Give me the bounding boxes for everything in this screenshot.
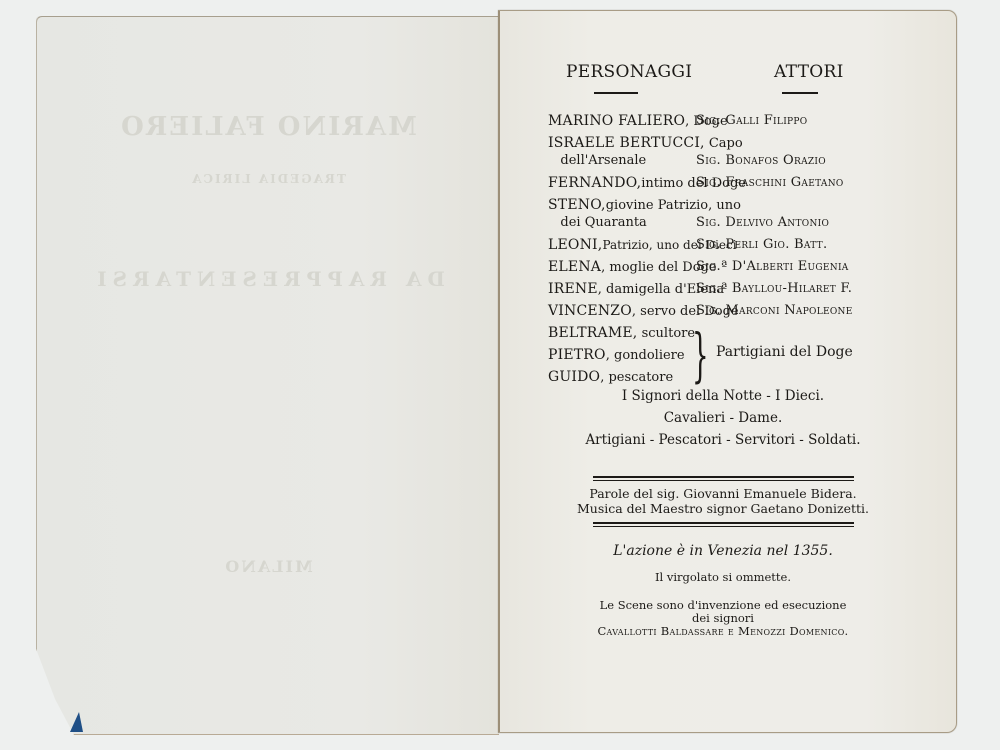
scenery-line-2: dei signori <box>548 611 898 625</box>
partisan-role: GUIDO, pescatore <box>548 366 673 389</box>
bleed-through-line: MILANO <box>37 557 499 576</box>
role-desc: Capo <box>709 136 743 151</box>
partisan-role: BELTRAME, scultore <box>548 322 695 345</box>
role-name: VINCENZO <box>548 303 632 319</box>
binding-tab <box>70 712 83 732</box>
scenery-line-1: Le Scene sono d'invenzione ed esecuzione <box>548 598 898 612</box>
curly-brace-icon: } <box>692 326 709 384</box>
actor: Sig. Galli Filippo <box>696 110 807 132</box>
role-name: FERNANDO, <box>548 175 641 191</box>
bleed-through-line: DA RAPPRESENTARSI <box>37 267 499 291</box>
cast-list: MARINO FALIERO, Doge Sig. Galli Filippo … <box>548 110 898 388</box>
role-name: GUIDO <box>548 369 600 385</box>
actor: Sig.ª D'Alberti Eugenia <box>696 256 849 278</box>
actor: Sig. Fraschini Gaetano <box>696 172 844 194</box>
partisan-role: PIETRO, gondoliere <box>548 344 685 367</box>
header-attori: ATTORI <box>774 62 844 82</box>
cast-row: ISRAELE BERTUCCI, Capo dell'Arsenale Sig… <box>548 132 898 172</box>
role-desc-line2: dei Quaranta <box>560 215 646 230</box>
bleed-through-line: TRAGEDIA LIRICA <box>37 172 499 186</box>
cast-row: FERNANDO,intimo del Doge Sig. Fraschini … <box>548 172 898 194</box>
role-name: ISRAELE BERTUCCI, <box>548 135 705 151</box>
bleed-through-title: MARINO FALIERO <box>37 112 499 142</box>
cast-row: ELENA, moglie del Doge Sig.ª D'Alberti E… <box>548 256 898 278</box>
actor: Sig. Bonafos Orazio <box>696 150 826 172</box>
header-rule-right <box>782 92 818 94</box>
separator-rule <box>593 476 854 481</box>
cast-row: STENO,giovine Patrizio, uno dei Quaranta… <box>548 194 898 234</box>
partisans-group: BELTRAME, scultore PIETRO, gondoliere GU… <box>548 322 898 388</box>
role-desc: scultore <box>642 326 695 341</box>
cast-row: VINCENZO, servo del Doge Sig. Marconi Na… <box>548 300 898 322</box>
cast-row: MARINO FALIERO, Doge Sig. Galli Filippo <box>548 110 898 132</box>
role-name: IRENE <box>548 281 598 297</box>
actor: Sig.ª Bayllou-Hilaret F. <box>696 278 852 300</box>
role-name: BELTRAME, <box>548 325 637 341</box>
credits-words: Parole del sig. Giovanni Emanuele Bidera… <box>548 486 898 501</box>
actor: Sig. Delvivo Antonio <box>696 212 829 234</box>
role-desc: , gondoliere <box>606 348 685 363</box>
actor: Sig. Perli Gio. Batt. <box>696 234 827 256</box>
note-line: Il virgolato si ommette. <box>548 570 898 584</box>
chorus-line: Cavalieri - Dame. <box>548 410 898 426</box>
scenery-line-3: Cavallotti Baldassare e Menozzi Domenico… <box>548 624 898 638</box>
cast-row: LEONI,Patrizio, uno dei Dieci Sig. Perli… <box>548 234 898 256</box>
role-desc: giovine Patrizio, uno <box>606 198 741 213</box>
role-desc: , pescatore <box>600 370 673 385</box>
header-rule-left <box>594 92 638 94</box>
left-page: MARINO FALIERO TRAGEDIA LIRICA DA RAPPRE… <box>36 16 499 735</box>
role-desc-line2: dell'Arsenale <box>560 153 646 168</box>
chorus-line: Artigiani - Pescatori - Servitori - Sold… <box>548 432 898 448</box>
role-name: ELENA <box>548 259 601 275</box>
setting-line: L'azione è in Venezia nel 1355. <box>548 543 898 559</box>
partisans-label: Partigiani del Doge <box>716 344 853 360</box>
role-name: LEONI, <box>548 237 602 253</box>
separator-rule <box>593 522 854 527</box>
chorus-line: I Signori della Notte - I Dieci. <box>548 388 898 404</box>
actor: Sig. Marconi Napoleone <box>696 300 853 322</box>
header-personaggi: PERSONAGGI <box>566 62 692 82</box>
role-name: PIETRO <box>548 347 606 363</box>
role: ELENA, moglie del Doge <box>548 256 717 279</box>
role-name: STENO, <box>548 197 606 213</box>
cast-header: PERSONAGGI ATTORI <box>566 62 866 92</box>
cast-row: IRENE, damigella d'Elena Sig.ª Bayllou-H… <box>548 278 898 300</box>
credits-music: Musica del Maestro signor Gaetano Donize… <box>548 501 898 516</box>
role-name: MARINO FALIERO <box>548 113 685 129</box>
